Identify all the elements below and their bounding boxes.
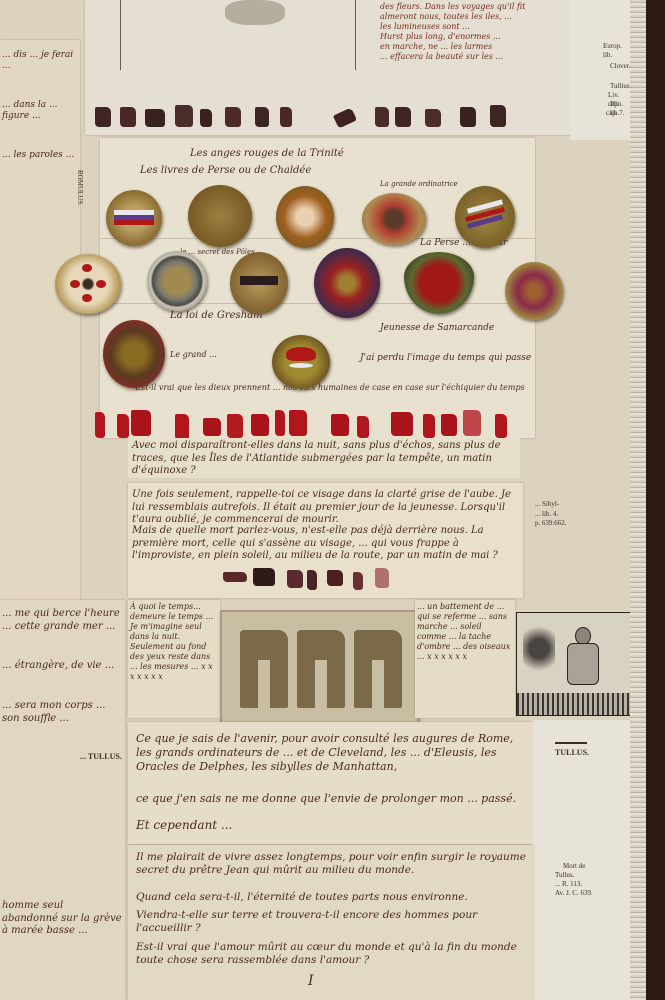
top-panel-divider (355, 0, 356, 70)
tullus-heading-left: ... TULLUS. (80, 752, 122, 762)
token-tricolor (106, 190, 162, 246)
paragraph-5-sheet: Il me plairait de vivre assez longtemps,… (128, 845, 533, 1000)
margin-note: ... Sibyl- (535, 500, 559, 509)
fabric-fringe (630, 0, 646, 1000)
token-dark-red (314, 248, 380, 318)
woodcut-print (516, 612, 634, 716)
margin-note: Av. J. C. 639. (555, 889, 593, 898)
margin-print-top: Europ. lib. Clover. Tullius. Liv. cap. P… (570, 0, 632, 140)
red-glyph-row (95, 408, 515, 440)
token-red-white (272, 335, 330, 389)
top-line-6: ... effacera la beauté sur les ... (380, 52, 503, 62)
token-white-orange (276, 186, 334, 248)
plaque-right-text-sheet: ... un battement de ... qui se referme .… (415, 600, 515, 718)
left-fragment-4: ... me qui berce l'heure ... cette grand… (2, 608, 122, 633)
top-line-3: les lumineuses sont ... (380, 22, 470, 32)
paragraph-4-sheet: Ce que je sais de l'avenir, pour avoir c… (128, 722, 533, 844)
frame-edge (646, 0, 665, 1000)
top-panel: des fleurs. Dans les voyages qu'il fit a… (85, 0, 570, 135)
label-image-temps: J'ai perdu l'image du temps qui passe (360, 353, 531, 364)
plaque-right-text: ... un battement de ... qui se referme .… (417, 602, 513, 662)
paragraph-2-sheet: Avec moi disparaîtront-elles dans la nui… (128, 438, 520, 478)
top-line-4: Hurst plus long, d'enormes ... (380, 32, 500, 42)
token-silver-bezel (147, 251, 207, 311)
brown-glyph-row-top (95, 105, 565, 130)
left-fragment-3: ... les paroles ... (2, 150, 78, 161)
token-red-center (362, 193, 426, 245)
paragraph-5-text-3: Viendra-t-elle sur terre et trouvera-t-i… (136, 909, 531, 935)
label-livres-perse: Les livres de Perse ou de Chaldée (140, 165, 311, 178)
token-red-dots (55, 254, 121, 314)
token-gold-plain (188, 185, 252, 247)
token-dark-gold (103, 320, 165, 388)
paragraph-3-sheet: Une fois seulement, rappelle-toi ce visa… (128, 483, 523, 598)
tullus-heading: TULLUS. (555, 748, 589, 758)
paragraph-5-text-1: Il me plairait de vivre assez longtemps,… (136, 851, 531, 877)
margin-note: Tullus. (555, 871, 574, 880)
left-manuscript-top: ... dis ... je ferai ... ... dans la ...… (0, 40, 80, 600)
label-echiquier: Est-il vrai que les dieux prennent ... n… (130, 383, 530, 393)
plaque-left-text-sheet: À quoi le temps... demeure le temps ... … (128, 600, 220, 718)
woodcut-ground (517, 693, 633, 715)
label-anges-rouges: Les anges rouges de la Trinité (190, 148, 344, 161)
paragraph-3-text-2: Mais de quelle mort parlez-vous, n'est-e… (132, 525, 517, 563)
paragraph-5-numeral: I (308, 973, 314, 991)
left-fragment-2: ... dans la ... figure ... (2, 100, 78, 123)
label-grand: Le grand ... (170, 350, 217, 360)
paragraph-4-text-1: Ce que je sais de l'avenir, pour avoir c… (136, 732, 531, 773)
left-manuscript-bottom: ... me qui berce l'heure ... cette grand… (0, 600, 125, 1000)
top-line-5: en marche, ne ... les larmes (380, 42, 492, 52)
paragraph-4-text-3: Et cependant ... (136, 818, 436, 833)
paragraph-4-text-2: ce que j'en sais ne me donne que l'envie… (136, 792, 531, 806)
ink-stain (225, 0, 285, 25)
margin-note: Europ. lib. (603, 42, 632, 60)
label-grande-ordinatrice: La grande ordinatrice (380, 180, 458, 189)
paragraph-3-text-1: Une fois seulement, rappelle-toi ce visa… (132, 489, 517, 527)
margin-note: Mort de (563, 862, 585, 871)
paragraph-5-text-4: Est-il vrai que l'amour mûrit au cœur du… (136, 941, 531, 967)
paragraph-5-text-2: Quand cela sera-t-il, l'éternité de tout… (136, 891, 531, 904)
left-fragment-1: ... dis ... je ferai ... (2, 50, 78, 73)
brown-glyph-row (223, 568, 423, 592)
top-panel-divider (120, 0, 121, 70)
left-fragment-8: homme seul abandonné sur la grève à maré… (2, 900, 122, 938)
left-fragment-6: ... sera mon corps ... son souffle ... (2, 700, 122, 725)
carved-plaque (220, 610, 419, 724)
margin-note: Tullius. (610, 82, 631, 91)
top-line-2: almeront nous, toutes les iles, ... (380, 12, 512, 22)
left-fragment-5: ... étrangère, de vie ... (2, 660, 122, 673)
paragraph-2-text: Avec moi disparaîtront-elles dans la nui… (132, 440, 516, 478)
woodcut-figure-body (567, 643, 599, 685)
token-purple-gold (505, 262, 563, 320)
label-samarcande: Jeunesse de Samarcande (380, 323, 494, 334)
margin-note: cap. 7. (606, 109, 624, 118)
plaque-left-text: À quoi le temps... demeure le temps ... … (130, 602, 218, 682)
margin-note: p. 639.662. (535, 519, 567, 528)
token-black-bar (230, 252, 288, 314)
woodcut-tree (523, 621, 555, 676)
margin-print-bottom: TULLUS. Mort de Tullus. ... R. 113. Av. … (533, 720, 631, 1000)
token-striped (455, 186, 515, 248)
romulus-margin-label: ROMULUS. (75, 170, 84, 206)
margin-note: Clover. (610, 62, 630, 71)
margin-note: ... R. 113. (555, 880, 582, 889)
top-line-1: des fleurs. Dans les voyages qu'il fit (380, 2, 525, 12)
margin-note: ... lib. 4. (535, 510, 558, 519)
heading-rule (555, 742, 587, 744)
